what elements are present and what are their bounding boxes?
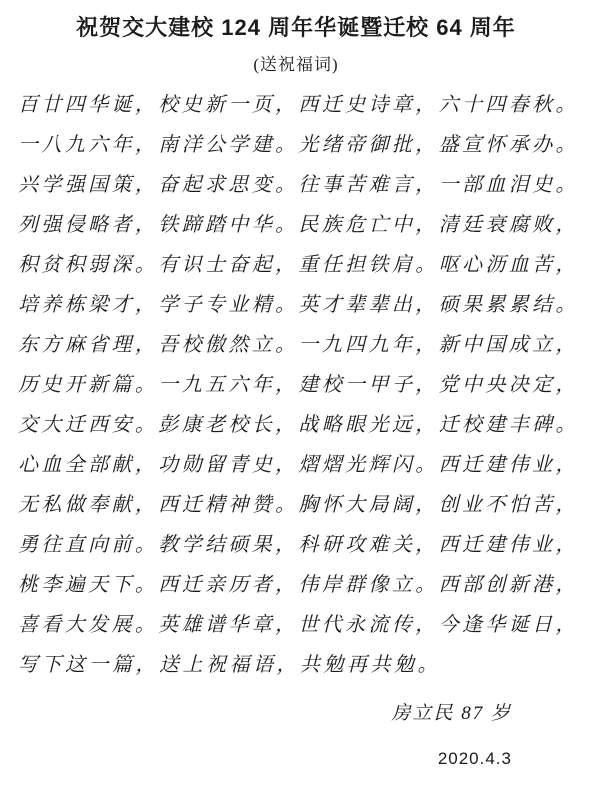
poem-line: 一八九六年，南洋公学建。光绪帝御批，盛宣怀承办。 [18,125,576,165]
poem-line: 东方麻省理，吾校傲然立。一九四九年，新中国成立， [18,325,576,365]
poem-body: 百廿四华诞，校史新一页，西迁史诗章，六十四春秋。一八九六年，南洋公学建。光绪帝御… [18,85,576,685]
signature: 房立民 87 岁 [0,701,592,727]
poem-line: 写下这一篇，送上祝福语，共勉再共勉。 [18,645,576,685]
page-title: 祝贺交大建校 124 周年华诞暨迁校 64 周年 [0,0,592,42]
poem-line: 桃李遍天下。西迁亲历者，伟岸群像立。西部创新港， [18,565,576,605]
poem-line: 无私做奉献，西迁精神赞。胸怀大局阔，创业不怕苦， [18,485,576,525]
document-page: 祝贺交大建校 124 周年华诞暨迁校 64 周年 (送祝福词) 百廿四华诞，校史… [0,0,592,801]
page-subtitle: (送祝福词) [0,54,592,76]
poem-line: 心血全部献，功勋留青史，熠熠光辉闪。西迁建伟业， [18,445,576,485]
poem-line: 交大迁西安。彭康老校长，战略眼光远，迁校建丰碑。 [18,405,576,445]
poem-line: 百廿四华诞，校史新一页，西迁史诗章，六十四春秋。 [18,85,576,125]
date-stamp: 2020.4.3 [0,747,592,771]
poem-line: 培养栋梁才，学子专业精。英才辈辈出，硕果累累结。 [18,285,576,325]
poem-line: 兴学强国策，奋起求思变。往事苦难言，一部血泪史。 [18,165,576,205]
poem-line: 积贫积弱深。有识士奋起，重任担铁肩。呕心沥血苦， [18,245,576,285]
poem-line: 勇往直向前。教学结硕果，科研攻难关，西迁建伟业， [18,525,576,565]
poem-line: 列强侵略者，铁蹄踏中华。民族危亡中，清廷衰腐败， [18,205,576,245]
poem-line: 喜看大发展。英雄谱华章，世代永流传，今逢华诞日， [18,605,576,645]
poem-line: 历史开新篇。一九五六年，建校一甲子，党中央决定， [18,365,576,405]
